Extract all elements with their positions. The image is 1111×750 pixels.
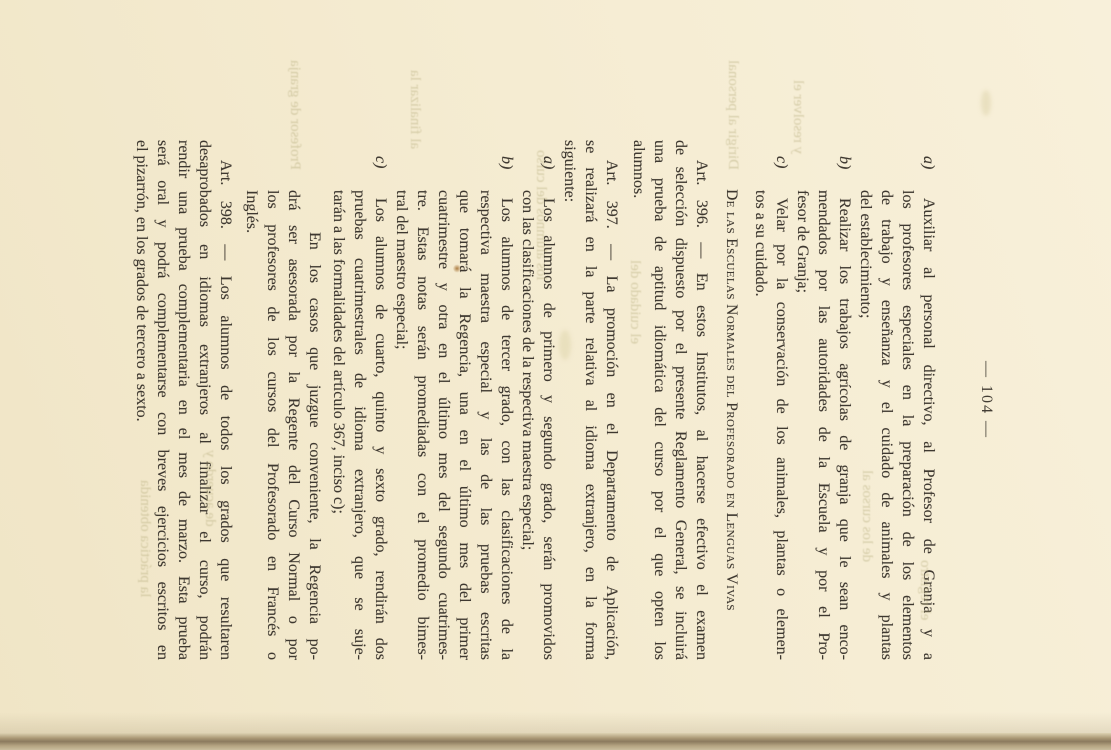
- article-397: Art. 397. — La promoción en el Departame…: [559, 140, 622, 660]
- item-marker: b): [834, 156, 855, 169]
- bleedthrough-text: el cuidado del: [626, 260, 643, 344]
- scanned-page-photo: — 104 — a)Auxiliar al personal directivo…: [0, 0, 1111, 750]
- text-line: Los alumnos de cuarto, quinto y sexto gr…: [372, 198, 389, 660]
- bleedthrough-text: de los cursos al: [858, 470, 875, 562]
- text-line: siguiente:: [559, 140, 580, 660]
- text-line: Velar por la conservación de los animale…: [773, 198, 790, 660]
- note-paragraph: En los casos que juzgue conveniente, la …: [241, 140, 325, 660]
- list-item: c)Los alumnos de cuarto, quinto y sexto …: [328, 140, 391, 660]
- text-line: que tomará la Regencia, una en el último…: [454, 140, 475, 660]
- page-number: — 104 —: [977, 140, 995, 660]
- text-line: del establecimiento;: [855, 140, 876, 660]
- text-line: Art. 397. — La promoción en el Departame…: [601, 140, 622, 660]
- list-item: b)Realizar los trabajos agrícolas de gra…: [792, 140, 855, 660]
- item-marker: b): [496, 156, 517, 169]
- text-line: fesor de Granja;: [792, 140, 813, 660]
- text-line: Art. 398. — Los alumnos de todos los gra…: [215, 140, 236, 660]
- text-line: desaprobados en idiomas extranjeros al f…: [194, 140, 215, 660]
- paper-blot: [981, 90, 991, 116]
- page-sheet: — 104 — a)Auxiliar al personal directivo…: [0, 0, 1111, 750]
- book-page-edge: [0, 733, 1111, 750]
- bleedthrough-text: el registro: [916, 560, 933, 620]
- article-396: Art. 396. — En estos Institutos, al hace…: [628, 140, 712, 660]
- ink-stain: [453, 264, 461, 273]
- text-line: cuatrimestre y otra en el último mes del…: [433, 140, 454, 660]
- paper-blot: [559, 330, 571, 360]
- text-line: tos a su cuidado.: [750, 140, 771, 660]
- text-line: Realizar los trabajos agrícolas de granj…: [836, 198, 853, 660]
- page-curl-shadow: [0, 712, 1111, 733]
- item-marker: c): [370, 156, 391, 168]
- item-marker: c): [771, 156, 792, 168]
- bleedthrough-text: de acuerdo y: [201, 450, 218, 527]
- text-line: tre. Estas notas serán promediadas con e…: [412, 140, 433, 660]
- text-line: de selección dispuesto por el presente R…: [670, 140, 691, 660]
- text-line: pruebas cuatrimestrales de idioma extran…: [349, 140, 370, 660]
- text-line: respectiva maestra especial y las de las…: [475, 140, 496, 660]
- text-line: se realizará en la parte relativa al idi…: [580, 140, 601, 660]
- list-item: b)Los alumnos de tercer grado, con las c…: [391, 140, 517, 660]
- text-line: será oral y podrá complementarse con bre…: [152, 140, 173, 660]
- bleedthrough-text: los alumnos del curso: [532, 150, 549, 280]
- text-line: drá ser asesorada por la Regente del Cur…: [283, 140, 304, 660]
- text-line: Los alumnos de tercer grado, con las cla…: [498, 198, 515, 660]
- text-line: mendados por las autoridades de la Escue…: [813, 140, 834, 660]
- text-line: Inglés.: [241, 140, 262, 660]
- text-line: tarán a las formalidades del artículo 36…: [328, 140, 349, 660]
- item-marker: a): [918, 156, 939, 169]
- text-line: rendir una prueba complementaria en el m…: [173, 140, 194, 660]
- bleedthrough-text: al finalizar la: [406, 70, 423, 149]
- text-line: los profesores especiales en la preparac…: [897, 140, 918, 660]
- list-item: c)Velar por la conservación de los anima…: [750, 140, 792, 660]
- text-line: Art. 396. — En estos Institutos, al hace…: [691, 140, 712, 660]
- bleedthrough-text: y resolver el: [789, 80, 806, 154]
- section-heading: De las Escuelas Normales del Profesorado…: [721, 140, 742, 660]
- bleedthrough-text: la práctica obtenida: [136, 480, 153, 597]
- text-line: tral del maestro especial;: [391, 140, 412, 660]
- bleedthrough-text: Dirigir al personal: [724, 60, 741, 170]
- text-line: alumnos.: [628, 140, 649, 660]
- bleedthrough-text: Profesor de granja: [286, 60, 303, 170]
- text-line: de trabajo y enseñanza y el cuidado de a…: [876, 140, 897, 660]
- text-line: una prueba de aptitud idiomática del cur…: [649, 140, 670, 660]
- text-line: los profesores de los cursos del Profeso…: [262, 140, 283, 660]
- text-line: En los casos que juzgue conveniente, la …: [304, 140, 325, 660]
